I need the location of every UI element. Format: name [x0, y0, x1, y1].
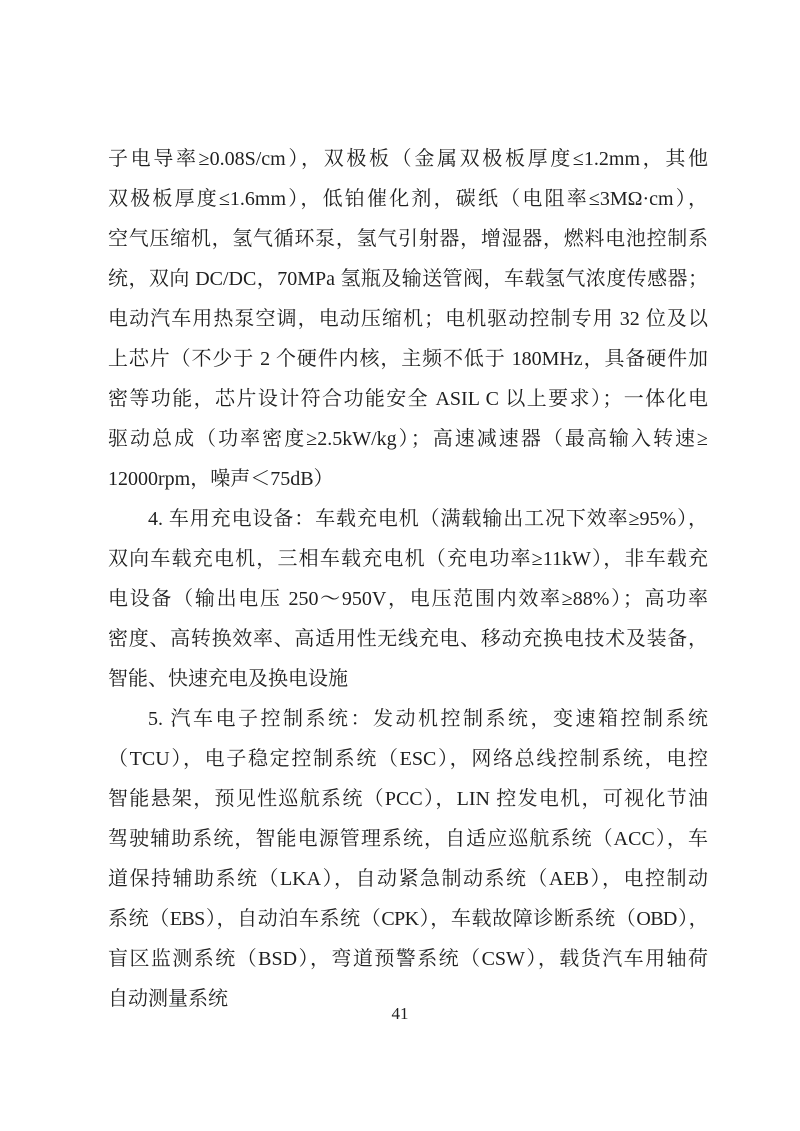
- text-line: 上芯片（不少于 2 个硬件内核，主频不低于 180MHz，具备硬件加: [108, 339, 708, 379]
- text-line: 4. 车用充电设备：车载充电机（满载输出工况下效率≥95%），: [108, 499, 708, 539]
- text-line: （TCU），电子稳定控制系统（ESC），网络总线控制系统，电控: [108, 739, 708, 779]
- text-line: 密等功能，芯片设计符合功能安全 ASIL C 以上要求）；一体化电: [108, 379, 708, 419]
- text-line: 电动汽车用热泵空调，电动压缩机；电机驱动控制专用 32 位及以: [108, 299, 708, 339]
- text-line: 子电导率≥0.08S/cm），双极板（金属双极板厚度≤1.2mm，其他: [108, 139, 708, 179]
- paragraph-item-3-continuation: 子电导率≥0.08S/cm），双极板（金属双极板厚度≤1.2mm，其他 双极板厚…: [108, 139, 708, 499]
- page-number: 41: [0, 1002, 800, 1026]
- text-line: 驱动总成（功率密度≥2.5kW/kg）；高速减速器（最高输入转速≥: [108, 419, 708, 459]
- text-line: 12000rpm，噪声＜75dB）: [108, 459, 708, 499]
- text-line: 双向车载充电机，三相车载充电机（充电功率≥11kW），非车载充: [108, 539, 708, 579]
- paragraph-item-5: 5. 汽车电子控制系统：发动机控制系统，变速箱控制系统 （TCU），电子稳定控制…: [108, 699, 708, 1019]
- text-line: 智能悬架，预见性巡航系统（PCC），LIN 控发电机，可视化节油: [108, 779, 708, 819]
- text-line: 驾驶辅助系统，智能电源管理系统，自适应巡航系统（ACC），车: [108, 819, 708, 859]
- text-line: 5. 汽车电子控制系统：发动机控制系统，变速箱控制系统: [108, 699, 708, 739]
- text-line: 电设备（输出电压 250～950V，电压范围内效率≥88%）；高功率: [108, 579, 708, 619]
- document-body: 子电导率≥0.08S/cm），双极板（金属双极板厚度≤1.2mm，其他 双极板厚…: [108, 139, 708, 1019]
- text-line: 空气压缩机，氢气循环泵，氢气引射器，增湿器，燃料电池控制系: [108, 219, 708, 259]
- text-line: 统，双向 DC/DC，70MPa 氢瓶及输送管阀，车载氢气浓度传感器；: [108, 259, 708, 299]
- text-line: 密度、高转换效率、高适用性无线充电、移动充换电技术及装备，: [108, 619, 708, 659]
- text-line: 系统（EBS），自动泊车系统（CPK），车载故障诊断系统（OBD），: [108, 899, 708, 939]
- paragraph-item-4: 4. 车用充电设备：车载充电机（满载输出工况下效率≥95%）， 双向车载充电机，…: [108, 499, 708, 699]
- text-line: 盲区监测系统（BSD），弯道预警系统（CSW），载货汽车用轴荷: [108, 939, 708, 979]
- text-line: 道保持辅助系统（LKA），自动紧急制动系统（AEB），电控制动: [108, 859, 708, 899]
- text-line: 智能、快速充电及换电设施: [108, 659, 708, 699]
- text-line: 双极板厚度≤1.6mm），低铂催化剂，碳纸（电阻率≤3MΩ·cm），: [108, 179, 708, 219]
